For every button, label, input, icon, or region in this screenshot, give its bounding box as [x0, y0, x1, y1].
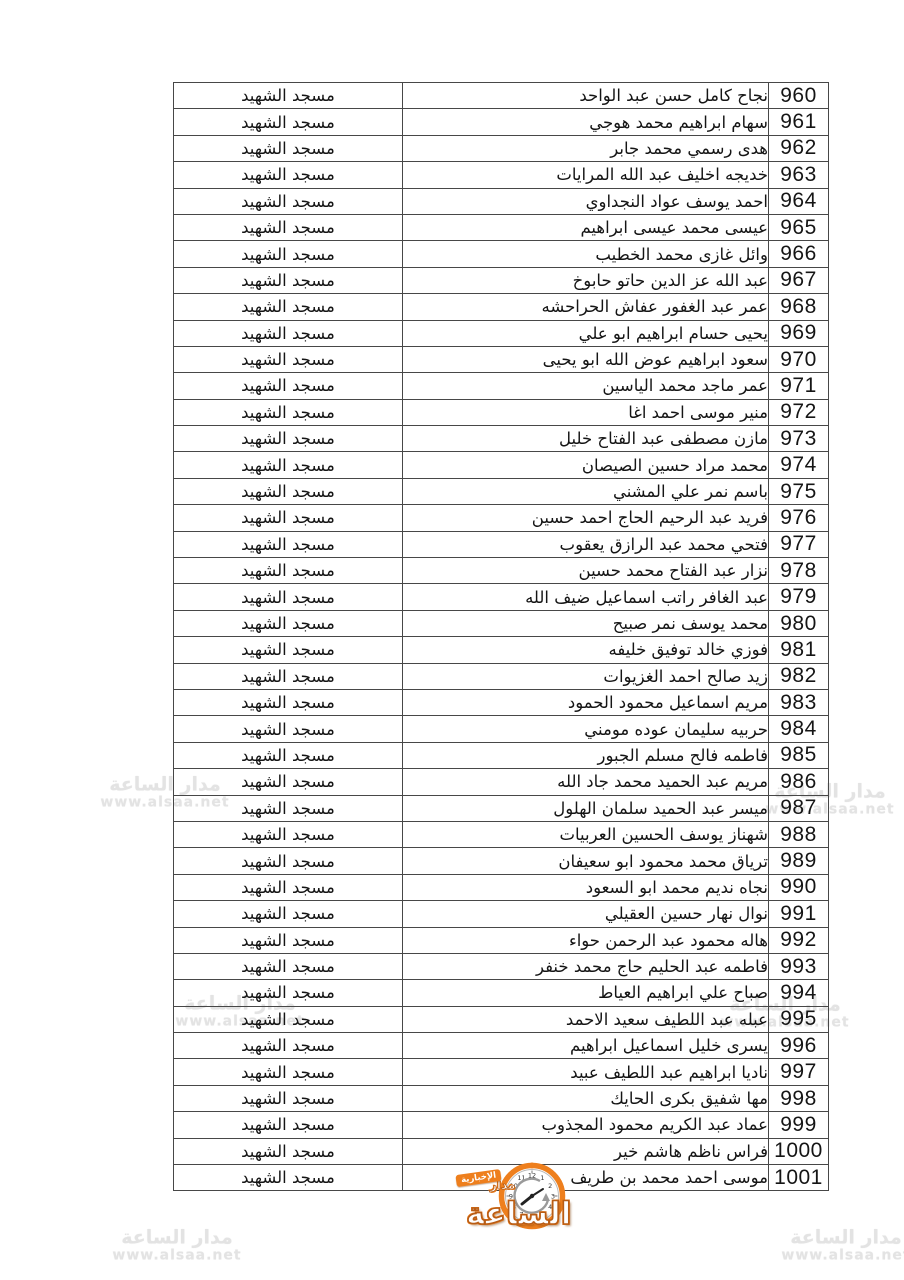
- serial-number-cell: 989: [769, 848, 829, 874]
- name-cell: مازن مصطفى عبد الفتاح خليل: [403, 426, 769, 452]
- mosque-cell: مسجد الشهيد: [174, 373, 403, 399]
- serial-number-cell: 965: [769, 214, 829, 240]
- name-cell: عمر عبد الغفور عفاش الحراحشه: [403, 294, 769, 320]
- mosque-cell: مسجد الشهيد: [174, 267, 403, 293]
- name-cell: فاطمه فالح مسلم الجبور: [403, 742, 769, 768]
- mosque-cell: مسجد الشهيد: [174, 610, 403, 636]
- serial-number-cell: 975: [769, 478, 829, 504]
- name-cell: صباح علي ابراهيم العياط: [403, 980, 769, 1006]
- name-cell: عبد الغافر راتب اسماعيل ضيف الله: [403, 584, 769, 610]
- table-row: مسجد الشهيد سعود ابراهيم عوض الله ابو يح…: [174, 346, 829, 372]
- table-row: مسجد الشهيد عماد عبد الكريم محمود المجذو…: [174, 1112, 829, 1138]
- serial-number-cell: 980: [769, 610, 829, 636]
- serial-number-cell: 972: [769, 399, 829, 425]
- serial-number-cell: 964: [769, 188, 829, 214]
- mosque-cell: مسجد الشهيد: [174, 346, 403, 372]
- name-cell: عيسى محمد عيسى ابراهيم: [403, 214, 769, 240]
- table-row: مسجد الشهيد محمد يوسف نمر صبيح 980: [174, 610, 829, 636]
- name-cell: نزار عبد الفتاح محمد حسين: [403, 558, 769, 584]
- mosque-cell: مسجد الشهيد: [174, 1138, 403, 1164]
- table-row: مسجد الشهيد فتحي محمد عبد الرازق يعقوب 9…: [174, 531, 829, 557]
- table-row: مسجد الشهيد ميسر عبد الحميد سلمان الهلول…: [174, 795, 829, 821]
- watermark-brand-text: مدار الساعة: [112, 1229, 241, 1249]
- serial-number-cell: 983: [769, 689, 829, 715]
- name-cell: احمد يوسف عواد النجداوي: [403, 188, 769, 214]
- mosque-cell: مسجد الشهيد: [174, 848, 403, 874]
- mosque-cell: مسجد الشهيد: [174, 980, 403, 1006]
- table-row: مسجد الشهيد مريم عبد الحميد محمد جاد الل…: [174, 769, 829, 795]
- table-row: مسجد الشهيد عبد الله عز الدين حاتو حابوخ…: [174, 267, 829, 293]
- table-row: مسجد الشهيد هدى رسمي محمد جابر 962: [174, 135, 829, 161]
- name-cell: عمر ماجد محمد الياسين: [403, 373, 769, 399]
- serial-number-cell: 961: [769, 109, 829, 135]
- mosque-cell: مسجد الشهيد: [174, 927, 403, 953]
- mosque-cell: مسجد الشهيد: [174, 135, 403, 161]
- name-cell: مريم عبد الحميد محمد جاد الله: [403, 769, 769, 795]
- svg-text:2: 2: [548, 1182, 552, 1190]
- name-cell: هدى رسمي محمد جابر: [403, 135, 769, 161]
- table-row: مسجد الشهيد عبله عبد اللطيف سعيد الاحمد …: [174, 1006, 829, 1032]
- name-cell: يسرى خليل اسماعيل ابراهيم: [403, 1033, 769, 1059]
- table-row: مسجد الشهيد خديجه اخليف عبد الله المرايا…: [174, 162, 829, 188]
- name-cell: شهناز يوسف الحسين العربيات: [403, 821, 769, 847]
- serial-number-cell: 969: [769, 320, 829, 346]
- mosque-cell: مسجد الشهيد: [174, 716, 403, 742]
- serial-number-cell: 994: [769, 980, 829, 1006]
- name-cell: هاله محمود عبد الرحمن حواء: [403, 927, 769, 953]
- mosque-cell: مسجد الشهيد: [174, 294, 403, 320]
- table-row: مسجد الشهيد هاله محمود عبد الرحمن حواء 9…: [174, 927, 829, 953]
- table-row: مسجد الشهيد يحيى حسام ابراهيم ابو علي 96…: [174, 320, 829, 346]
- serial-number-cell: 970: [769, 346, 829, 372]
- name-cell: مريم اسماعيل محمود الحمود: [403, 689, 769, 715]
- name-cell: عبله عبد اللطيف سعيد الاحمد: [403, 1006, 769, 1032]
- svg-text:1: 1: [540, 1174, 544, 1182]
- table-row: مسجد الشهيد عبد الغافر راتب اسماعيل ضيف …: [174, 584, 829, 610]
- name-cell: محمد يوسف نمر صبيح: [403, 610, 769, 636]
- serial-number-cell: 981: [769, 637, 829, 663]
- table-row: مسجد الشهيد ناديا ابراهيم عبد اللطيف عبي…: [174, 1059, 829, 1085]
- table-row: مسجد الشهيد مها شفيق بكرى الحايك 998: [174, 1085, 829, 1111]
- table-row: مسجد الشهيد ترياق محمد محمود ابو سعيفان …: [174, 848, 829, 874]
- table-row: مسجد الشهيد نجاه نديم محمد ابو السعود 99…: [174, 874, 829, 900]
- name-cell: ناديا ابراهيم عبد اللطيف عبيد: [403, 1059, 769, 1085]
- serial-number-cell: 968: [769, 294, 829, 320]
- table-row: مسجد الشهيد منير موسى احمد اغا 972: [174, 399, 829, 425]
- serial-number-cell: 985: [769, 742, 829, 768]
- name-cell: ميسر عبد الحميد سلمان الهلول: [403, 795, 769, 821]
- name-cell: فريد عبد الرحيم الحاج احمد حسين: [403, 505, 769, 531]
- watermark: مدار الساعة www.alsaa.net: [112, 1229, 241, 1264]
- mosque-cell: مسجد الشهيد: [174, 320, 403, 346]
- serial-number-cell: 996: [769, 1033, 829, 1059]
- mosque-cell: مسجد الشهيد: [174, 821, 403, 847]
- serial-number-cell: 979: [769, 584, 829, 610]
- mosque-cell: مسجد الشهيد: [174, 426, 403, 452]
- mosque-cell: مسجد الشهيد: [174, 241, 403, 267]
- logo-wordmark: الساعة: [466, 1196, 571, 1232]
- table-row: مسجد الشهيد حربيه سليمان عوده مومني 984: [174, 716, 829, 742]
- name-cell: زيد صالح احمد الغزيوات: [403, 663, 769, 689]
- watermark-url-text: www.alsaa.net: [112, 1249, 241, 1264]
- table-row: مسجد الشهيد محمد مراد حسين الصيصان 974: [174, 452, 829, 478]
- table-row: مسجد الشهيد شهناز يوسف الحسين العربيات 9…: [174, 821, 829, 847]
- name-cell: مها شفيق بكرى الحايك: [403, 1085, 769, 1111]
- serial-number-cell: 967: [769, 267, 829, 293]
- serial-number-cell: 960: [769, 83, 829, 109]
- mosque-cell: مسجد الشهيد: [174, 452, 403, 478]
- name-cell: نوال نهار حسين العقيلي: [403, 901, 769, 927]
- table-row: مسجد الشهيد عمر ماجد محمد الياسين 971: [174, 373, 829, 399]
- serial-number-cell: 977: [769, 531, 829, 557]
- mosque-cell: مسجد الشهيد: [174, 505, 403, 531]
- serial-number-cell: 991: [769, 901, 829, 927]
- mosque-cell: مسجد الشهيد: [174, 953, 403, 979]
- mosque-cell: مسجد الشهيد: [174, 162, 403, 188]
- serial-number-cell: 982: [769, 663, 829, 689]
- name-cell: سهام ابراهيم محمد هوجي: [403, 109, 769, 135]
- table-row: مسجد الشهيد نزار عبد الفتاح محمد حسين 97…: [174, 558, 829, 584]
- mosque-cell: مسجد الشهيد: [174, 742, 403, 768]
- name-cell: عبد الله عز الدين حاتو حابوخ: [403, 267, 769, 293]
- table-row: مسجد الشهيد نجاح كامل حسن عبد الواحد 960: [174, 83, 829, 109]
- name-cell: نجاح كامل حسن عبد الواحد: [403, 83, 769, 109]
- serial-number-cell: 984: [769, 716, 829, 742]
- table-row: مسجد الشهيد وائل غازى محمد الخطيب 966: [174, 241, 829, 267]
- name-cell: فتحي محمد عبد الرازق يعقوب: [403, 531, 769, 557]
- mosque-cell: مسجد الشهيد: [174, 1085, 403, 1111]
- table-row: مسجد الشهيد صباح علي ابراهيم العياط 994: [174, 980, 829, 1006]
- table-row: مسجد الشهيد يسرى خليل اسماعيل ابراهيم 99…: [174, 1033, 829, 1059]
- serial-number-cell: 997: [769, 1059, 829, 1085]
- table-row: مسجد الشهيد نوال نهار حسين العقيلي 991: [174, 901, 829, 927]
- table-row: مسجد الشهيد فاطمه عبد الحليم حاج محمد خن…: [174, 953, 829, 979]
- table-row: مسجد الشهيد فاطمه فالح مسلم الجبور 985: [174, 742, 829, 768]
- table-row: مسجد الشهيد سهام ابراهيم محمد هوجي 961: [174, 109, 829, 135]
- mosque-cell: مسجد الشهيد: [174, 1059, 403, 1085]
- watermark-url-text: www.alsaa.net: [781, 1249, 904, 1264]
- serial-number-cell: 962: [769, 135, 829, 161]
- mosque-cell: مسجد الشهيد: [174, 1112, 403, 1138]
- mosque-cell: مسجد الشهيد: [174, 478, 403, 504]
- serial-number-cell: 973: [769, 426, 829, 452]
- mosque-cell: مسجد الشهيد: [174, 83, 403, 109]
- serial-number-cell: 987: [769, 795, 829, 821]
- mosque-cell: مسجد الشهيد: [174, 689, 403, 715]
- serial-number-cell: 966: [769, 241, 829, 267]
- serial-number-cell: 990: [769, 874, 829, 900]
- serial-number-cell: 963: [769, 162, 829, 188]
- name-cell: باسم نمر علي المشني: [403, 478, 769, 504]
- serial-number-cell: 1000: [769, 1138, 829, 1164]
- mosque-cell: مسجد الشهيد: [174, 663, 403, 689]
- table-row: مسجد الشهيد عمر عبد الغفور عفاش الحراحشه…: [174, 294, 829, 320]
- name-cell: حربيه سليمان عوده مومني: [403, 716, 769, 742]
- serial-number-cell: 999: [769, 1112, 829, 1138]
- table-body: مسجد الشهيد نجاح كامل حسن عبد الواحد 960…: [174, 83, 829, 1191]
- serial-number-cell: 992: [769, 927, 829, 953]
- table-row: مسجد الشهيد مريم اسماعيل محمود الحمود 98…: [174, 689, 829, 715]
- mosque-cell: مسجد الشهيد: [174, 795, 403, 821]
- name-cell: عماد عبد الكريم محمود المجذوب: [403, 1112, 769, 1138]
- alsaa-logo: 121234567891011 الإخبارية مدار الساعة: [450, 1156, 590, 1246]
- serial-number-cell: 971: [769, 373, 829, 399]
- table-row: مسجد الشهيد زيد صالح احمد الغزيوات 982: [174, 663, 829, 689]
- name-cell: ترياق محمد محمود ابو سعيفان: [403, 848, 769, 874]
- serial-number-cell: 993: [769, 953, 829, 979]
- serial-number-cell: 986: [769, 769, 829, 795]
- mosque-cell: مسجد الشهيد: [174, 214, 403, 240]
- name-cell: يحيى حسام ابراهيم ابو علي: [403, 320, 769, 346]
- name-cell: وائل غازى محمد الخطيب: [403, 241, 769, 267]
- mosque-cell: مسجد الشهيد: [174, 874, 403, 900]
- name-cell: فوزي خالد توفيق خليفه: [403, 637, 769, 663]
- name-cell: فاطمه عبد الحليم حاج محمد خنفر: [403, 953, 769, 979]
- name-cell: منير موسى احمد اغا: [403, 399, 769, 425]
- serial-number-cell: 978: [769, 558, 829, 584]
- serial-number-cell: 998: [769, 1085, 829, 1111]
- mosque-cell: مسجد الشهيد: [174, 901, 403, 927]
- mosque-cell: مسجد الشهيد: [174, 109, 403, 135]
- page: مدار الساعة www.alsaa.net مدار الساعة ww…: [0, 0, 904, 1280]
- watermark: مدار الساعة www.alsaa.net: [781, 1229, 904, 1264]
- name-cell: خديجه اخليف عبد الله المرايات: [403, 162, 769, 188]
- serial-number-cell: 995: [769, 1006, 829, 1032]
- mosque-cell: مسجد الشهيد: [174, 1006, 403, 1032]
- name-cell: محمد مراد حسين الصيصان: [403, 452, 769, 478]
- watermark-brand-text: مدار الساعة: [781, 1229, 904, 1249]
- table-row: مسجد الشهيد احمد يوسف عواد النجداوي 964: [174, 188, 829, 214]
- table-row: مسجد الشهيد مازن مصطفى عبد الفتاح خليل 9…: [174, 426, 829, 452]
- mosque-cell: مسجد الشهيد: [174, 1033, 403, 1059]
- table-row: مسجد الشهيد فوزي خالد توفيق خليفه 981: [174, 637, 829, 663]
- mosque-cell: مسجد الشهيد: [174, 531, 403, 557]
- name-cell: نجاه نديم محمد ابو السعود: [403, 874, 769, 900]
- serial-number-cell: 1001: [769, 1165, 829, 1191]
- mosque-cell: مسجد الشهيد: [174, 769, 403, 795]
- names-table: مسجد الشهيد نجاح كامل حسن عبد الواحد 960…: [173, 82, 829, 1191]
- mosque-cell: مسجد الشهيد: [174, 188, 403, 214]
- mosque-cell: مسجد الشهيد: [174, 584, 403, 610]
- name-cell: سعود ابراهيم عوض الله ابو يحيى: [403, 346, 769, 372]
- mosque-cell: مسجد الشهيد: [174, 558, 403, 584]
- mosque-cell: مسجد الشهيد: [174, 399, 403, 425]
- serial-number-cell: 974: [769, 452, 829, 478]
- table-row: مسجد الشهيد عيسى محمد عيسى ابراهيم 965: [174, 214, 829, 240]
- table-row: مسجد الشهيد فريد عبد الرحيم الحاج احمد ح…: [174, 505, 829, 531]
- mosque-cell: مسجد الشهيد: [174, 1165, 403, 1191]
- table-row: مسجد الشهيد باسم نمر علي المشني 975: [174, 478, 829, 504]
- serial-number-cell: 976: [769, 505, 829, 531]
- serial-number-cell: 988: [769, 821, 829, 847]
- mosque-cell: مسجد الشهيد: [174, 637, 403, 663]
